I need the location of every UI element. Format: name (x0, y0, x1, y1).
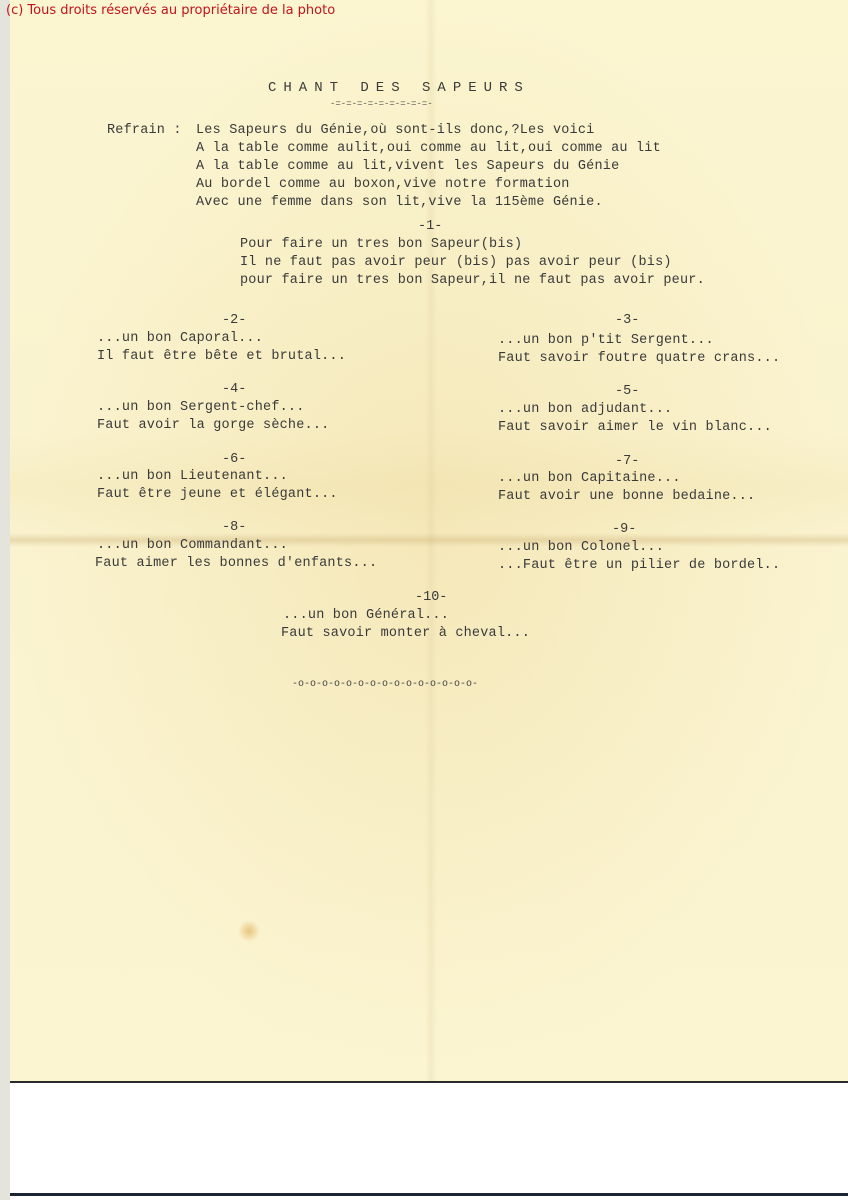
verse-line: Faut aimer les bonnes d'enfants... (95, 555, 377, 573)
verse-line: ...un bon adjudant... (498, 401, 672, 419)
verse-number: -1- (418, 219, 442, 234)
verse-line: Il faut être bête et brutal... (97, 348, 346, 366)
verse-number: -5- (615, 384, 639, 399)
verse-line: ...un bon Lieutenant... (97, 468, 288, 486)
copyright-watermark: (c) Tous droits réservés au propriétaire… (6, 3, 335, 18)
verse-line: Faut avoir la gorge sèche... (97, 417, 329, 435)
verse-line: ...un bon p'tit Sergent... (498, 332, 714, 350)
verse-line: ...un bon Commandant... (97, 537, 288, 555)
verse-line: ...un bon Colonel... (498, 539, 664, 557)
verse-number: -8- (222, 520, 246, 535)
refrain-line: Les Sapeurs du Génie,où sont-ils donc,?L… (196, 122, 594, 140)
verse-line: ...un bon Capitaine... (498, 470, 681, 488)
verse-line: Il ne faut pas avoir peur (bis) pas avoi… (240, 254, 672, 272)
refrain-line: Au bordel comme au boxon,vive notre form… (196, 176, 570, 194)
verse-number: -6- (222, 452, 246, 467)
verse-line: Faut savoir monter à cheval... (281, 625, 530, 643)
document-title: CHANT DES SAPEURS (268, 80, 530, 96)
verse-line: pour faire un tres bon Sapeur,il ne faut… (240, 272, 705, 290)
scan-left-edge (0, 0, 10, 1200)
verse-line: ...un bon Général... (283, 607, 449, 625)
verse-number: -3- (615, 313, 639, 328)
verse-line: Faut avoir une bonne bedaine... (498, 488, 755, 506)
end-divider: -o-o-o-o-o-o-o-o-o-o-o-o-o-o-o- (292, 679, 478, 690)
verse-number: -2- (222, 313, 246, 328)
paper-stain (238, 920, 260, 942)
verse-line: ...un bon Caporal... (97, 330, 263, 348)
verse-number: -4- (222, 382, 246, 397)
verse-number: -7- (615, 454, 639, 469)
verse-number: -10- (415, 590, 447, 605)
refrain-label: Refrain : (107, 122, 182, 140)
title-underline: -=-=-=-=-=-=-=-=-=- (330, 99, 433, 109)
scan-background-strip (10, 1083, 848, 1196)
refrain-line: A la table comme aulit,oui comme au lit,… (196, 140, 661, 158)
verse-line: Pour faire un tres bon Sapeur(bis) (240, 236, 522, 254)
verse-line: Faut être jeune et élégant... (97, 486, 338, 504)
refrain-line: Avec une femme dans son lit,vive la 115è… (196, 194, 603, 212)
verse-line: ...Faut être un pilier de bordel.. (498, 557, 780, 575)
refrain-line: A la table comme au lit,vivent les Sapeu… (196, 158, 619, 176)
verse-line: Faut savoir aimer le vin blanc... (498, 419, 772, 437)
verse-line: ...un bon Sergent-chef... (97, 399, 305, 417)
verse-line: Faut savoir foutre quatre crans... (498, 350, 780, 368)
verse-number: -9- (612, 522, 636, 537)
